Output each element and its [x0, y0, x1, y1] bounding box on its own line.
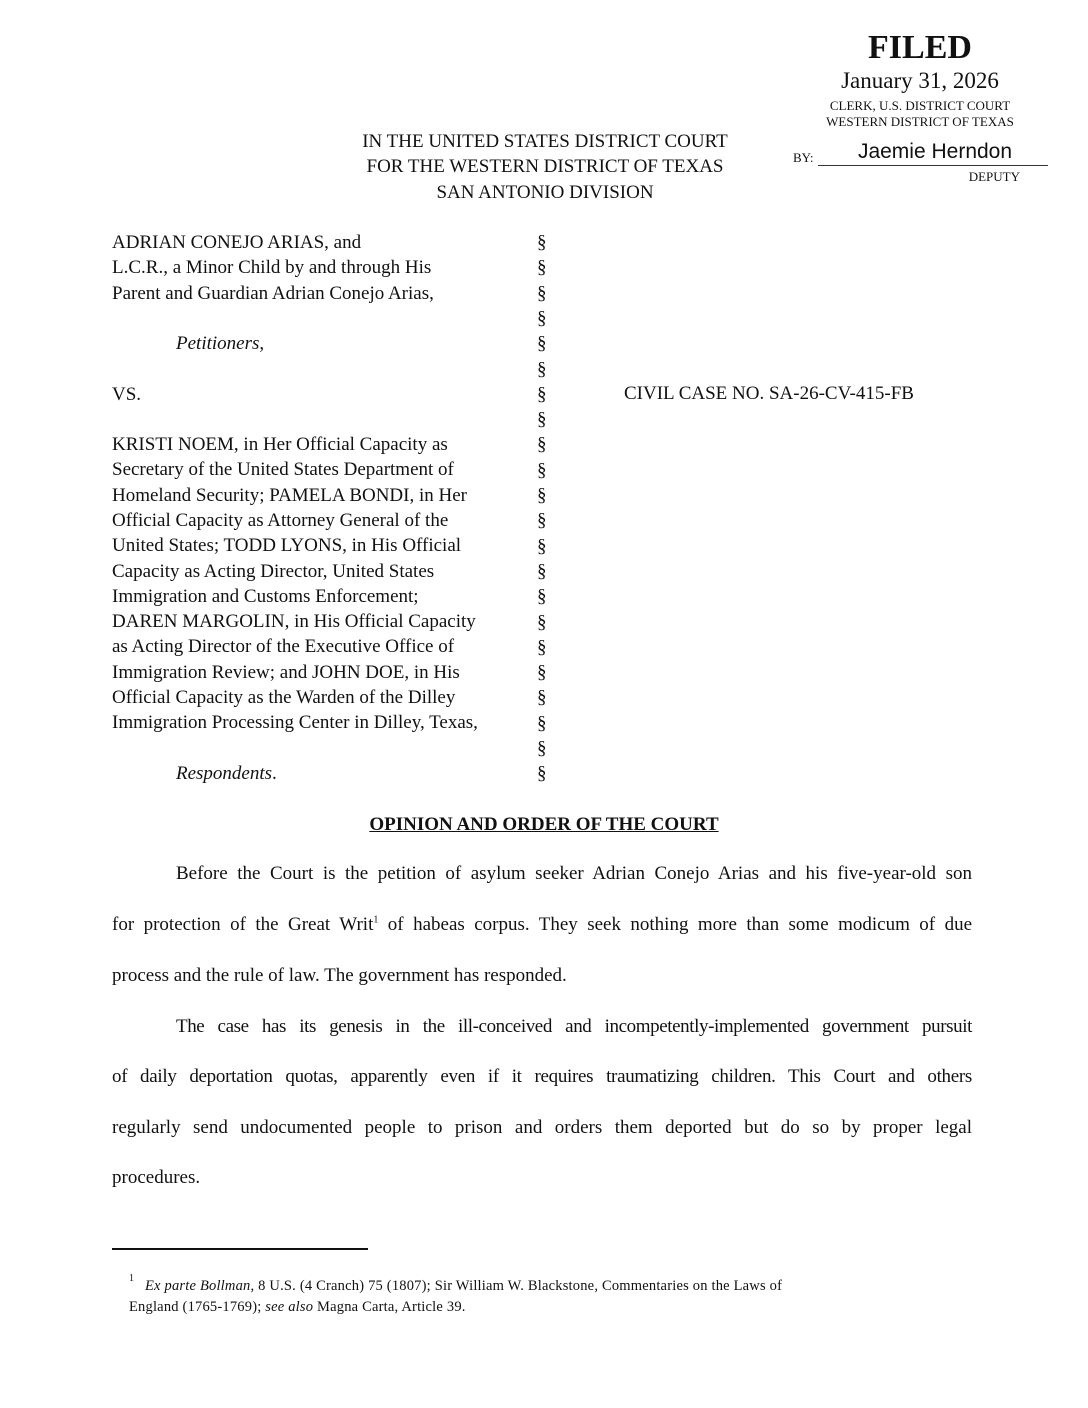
section-symbol: § — [537, 610, 547, 635]
section-symbol: § — [537, 230, 547, 255]
section-symbol: § — [537, 635, 547, 660]
section-symbol: § — [537, 508, 547, 533]
section-symbol: § — [537, 407, 547, 432]
filed-date: January 31, 2026 — [820, 67, 1020, 95]
section-symbol: § — [537, 306, 547, 331]
respondent-line: DAREN MARGOLIN, in His Official Capacity — [112, 609, 476, 634]
respondent-line: Immigration Processing Center in Dilley,… — [112, 710, 478, 735]
paragraph-2-line: of daily deportation quotas, apparently … — [112, 1064, 972, 1089]
respondent-line: Immigration Review; and JOHN DOE, in His — [112, 660, 460, 685]
section-symbol: § — [537, 660, 547, 685]
case-number: CIVIL CASE NO. SA-26-CV-415-FB — [624, 381, 914, 406]
section-symbol: § — [537, 281, 547, 306]
petitioner-line: Parent and Guardian Adrian Conejo Arias, — [112, 281, 434, 306]
respondent-line: KRISTI NOEM, in Her Official Capacity as — [112, 432, 448, 457]
respondent-line: Official Capacity as Attorney General of… — [112, 508, 448, 533]
respondent-line: as Acting Director of the Executive Offi… — [112, 634, 454, 659]
petitioner-line: ADRIAN CONEJO ARIAS, and — [112, 230, 361, 255]
section-symbol: § — [537, 432, 547, 457]
section-symbol: § — [537, 761, 547, 786]
court-name-line-1: IN THE UNITED STATES DISTRICT COURT — [320, 129, 770, 154]
signature-line — [818, 165, 1048, 166]
section-symbol: § — [537, 711, 547, 736]
section-symbol: § — [537, 584, 547, 609]
court-name-line-2: FOR THE WESTERN DISTRICT OF TEXAS — [320, 154, 770, 179]
paragraph-2-line: regularly send undocumented people to pr… — [112, 1115, 972, 1140]
section-symbol: § — [537, 736, 547, 761]
section-symbol: § — [537, 357, 547, 382]
paragraph-1-line: Before the Court is the petition of asyl… — [176, 861, 972, 886]
opinion-title: OPINION AND ORDER OF THE COURT — [0, 812, 1088, 837]
footnote-line: England (1765-1769); see also Magna Cart… — [129, 1297, 466, 1317]
section-symbol: § — [537, 458, 547, 483]
section-symbol: § — [537, 559, 547, 584]
section-symbol: § — [537, 483, 547, 508]
respondents-label: Respondents. — [176, 761, 277, 786]
respondent-line: Immigration and Customs Enforcement; — [112, 584, 419, 609]
footnote-line: Ex parte Bollman, 8 U.S. (4 Cranch) 75 (… — [145, 1276, 782, 1296]
section-symbol: § — [537, 331, 547, 356]
petitioner-line: L.C.R., a Minor Child by and through His — [112, 255, 431, 280]
respondent-line: Homeland Security; PAMELA BONDI, in Her — [112, 483, 467, 508]
section-symbol: § — [537, 685, 547, 710]
footnote-separator — [112, 1248, 368, 1250]
section-symbol: § — [537, 255, 547, 280]
paragraph-1-line: process and the rule of law. The governm… — [112, 963, 972, 988]
court-division: SAN ANTONIO DIVISION — [320, 180, 770, 205]
filed-stamp-title: FILED — [820, 28, 1020, 68]
respondent-line: Capacity as Acting Director, United Stat… — [112, 559, 434, 584]
respondent-line: United States; TODD LYONS, in His Offici… — [112, 533, 461, 558]
by-label: BY: — [793, 150, 813, 166]
section-symbol: § — [537, 534, 547, 559]
clerk-line-1: CLERK, U.S. DISTRICT COURT — [800, 98, 1040, 114]
footnote-marker: 1 — [129, 1273, 134, 1285]
deputy-label: DEPUTY — [940, 169, 1020, 185]
paragraph-2-line: The case has its genesis in the ill-conc… — [176, 1014, 972, 1039]
section-symbol: § — [537, 382, 547, 407]
respondent-line: Official Capacity as the Warden of the D… — [112, 685, 455, 710]
deputy-signature: Jaemie Herndon — [820, 139, 1050, 165]
paragraph-2-line: procedures. — [112, 1165, 972, 1190]
petitioners-label: Petitioners, — [176, 331, 264, 356]
paragraph-1-line: for protection of the Great Writ1 of hab… — [112, 912, 972, 937]
clerk-line-2: WESTERN DISTRICT OF TEXAS — [800, 114, 1040, 130]
versus-label: VS. — [112, 382, 141, 407]
respondent-line: Secretary of the United States Departmen… — [112, 457, 454, 482]
